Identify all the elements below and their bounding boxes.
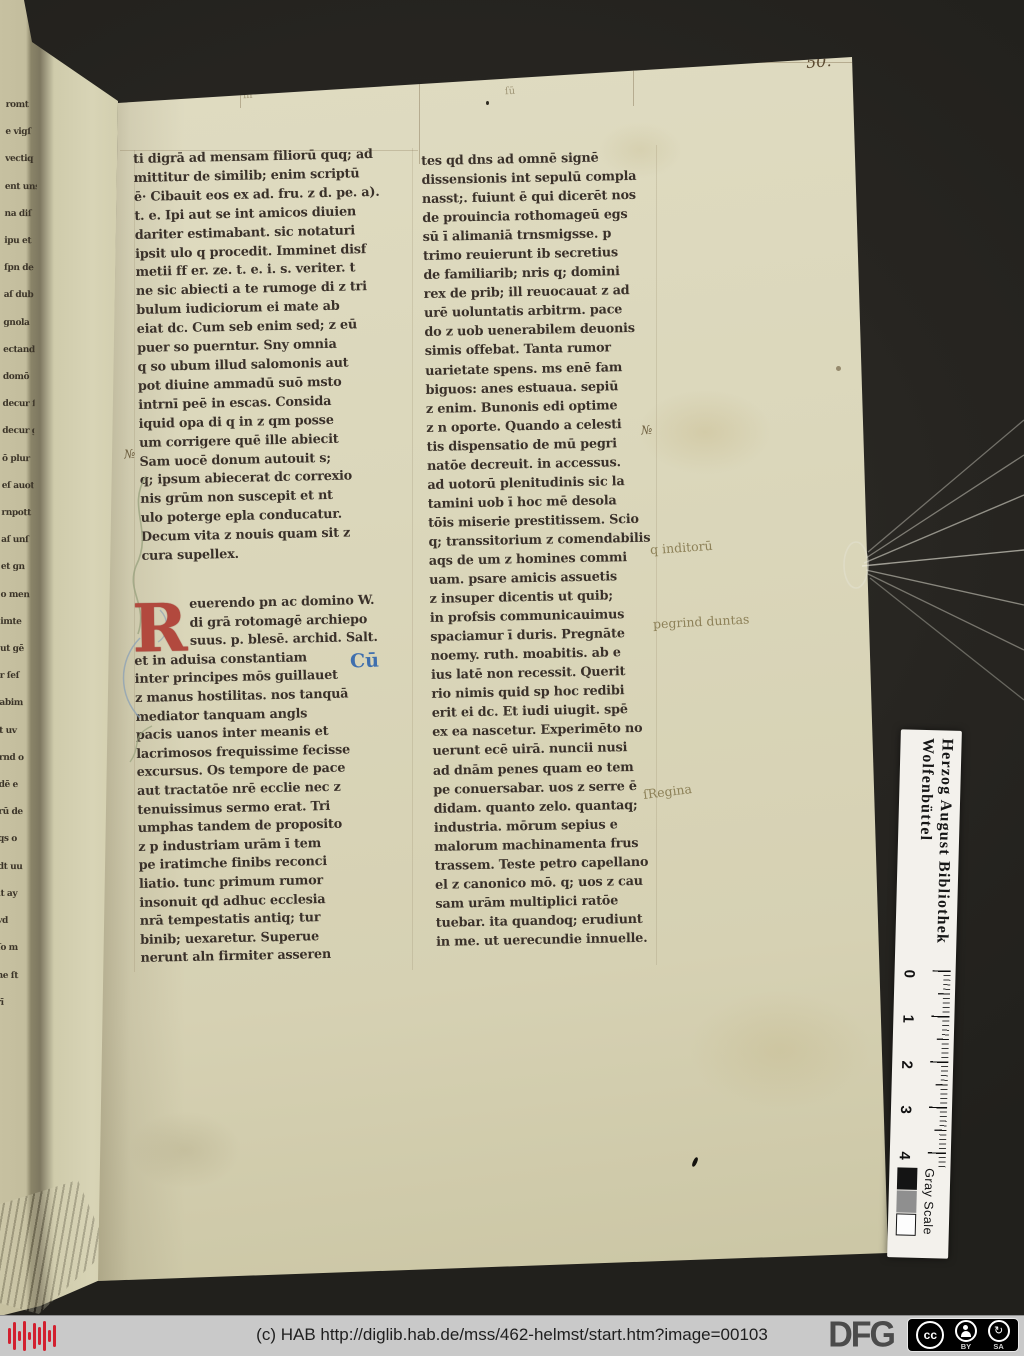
grayscale-black-patch bbox=[897, 1167, 918, 1190]
previous-page-fragment: vectiq bbox=[5, 146, 37, 174]
ink-speck bbox=[691, 1157, 699, 1168]
previous-page-fragment: ō plur bbox=[2, 445, 34, 473]
previous-page-fragment: abim bbox=[0, 690, 32, 718]
nota-mark-right: № bbox=[640, 423, 653, 438]
previous-page-fragment: r ſeſ bbox=[0, 663, 32, 691]
previous-page-fragment: qs o bbox=[0, 826, 30, 854]
faint-quire-mark: m̄ bbox=[243, 90, 253, 101]
cc-sa-block: ↻ SA bbox=[988, 1320, 1010, 1351]
previous-page-fragment: rī bbox=[0, 990, 28, 1018]
stain-spot bbox=[836, 366, 841, 371]
previous-page-fragment: rnpott bbox=[1, 500, 33, 528]
previous-page-fragment: rnd o bbox=[0, 745, 31, 773]
ruling-line bbox=[240, 52, 241, 108]
red-initial-R: R bbox=[130, 591, 189, 670]
nota-mark-left: № bbox=[123, 447, 136, 462]
manuscript-line: in me. ut uerecundie innuelle. bbox=[436, 928, 690, 952]
previous-page-fragment: ſo m bbox=[0, 935, 29, 963]
previous-page-fragment: lt ay bbox=[0, 881, 30, 909]
previous-page-fragment: domō bbox=[3, 364, 35, 392]
faint-quire-mark: ſū bbox=[505, 86, 516, 98]
ruler-number-0: 0 bbox=[900, 969, 917, 978]
cc-by-block: BY bbox=[955, 1320, 977, 1351]
previous-page-fragment: dt uu bbox=[0, 854, 30, 882]
previous-page-fragment: rū de bbox=[0, 799, 30, 827]
ruling-line bbox=[419, 46, 420, 164]
previous-page-fragment: aſ dub bbox=[4, 282, 36, 310]
previous-page-fragment: ut gē bbox=[0, 636, 32, 664]
ruler-number-2: 2 bbox=[898, 1060, 915, 1069]
previous-page-fragment: et gn bbox=[1, 554, 33, 582]
previous-page-fragment: imte bbox=[0, 609, 32, 637]
previous-page-fragment: ectand bbox=[3, 337, 35, 365]
photo-backdrop: romte vigſvectiqent unsna diſipu etſpn d… bbox=[0, 0, 1024, 1316]
previous-page-fragment: aſ unſ bbox=[1, 527, 33, 555]
scan-photo: romte vigſvectiqent unsna diſipu etſpn d… bbox=[0, 0, 1024, 1356]
grayscale-label: Gray Scale bbox=[921, 1168, 937, 1235]
margin-note: q inditorū bbox=[650, 538, 714, 557]
previous-page-fragment: t uv bbox=[0, 717, 31, 745]
footer-bar: (c) HAB http://diglib.hab.de/mss/462-hel… bbox=[0, 1315, 1024, 1356]
ruler-number-4: 4 bbox=[896, 1151, 913, 1160]
cc-by-person-icon bbox=[955, 1320, 977, 1342]
previous-page-fragment: ne ſt bbox=[0, 962, 29, 990]
previous-page-fragment: e vigſ bbox=[5, 119, 37, 147]
previous-page-fragment: na diſ bbox=[4, 201, 36, 229]
cc-sa-arrow-icon: ↻ bbox=[988, 1320, 1010, 1342]
cc-icon: cc bbox=[916, 1321, 944, 1349]
previous-page-fragment: gnola bbox=[3, 309, 35, 337]
previous-page-fragment: ent uns bbox=[5, 173, 37, 201]
previous-page-fragment: eſ auot bbox=[2, 473, 34, 501]
blue-initial-word: Cū bbox=[350, 650, 380, 673]
reference-ruler-card: Herzog August Bibliothek Wolfenbüttel 0 … bbox=[887, 729, 962, 1258]
library-name-label: Herzog August Bibliothek Wolfenbüttel bbox=[913, 738, 957, 945]
dfg-logo: DFG bbox=[828, 1315, 894, 1356]
previous-page-fragment: o men bbox=[0, 581, 32, 609]
ruling-line bbox=[633, 44, 634, 106]
cc-sa-label: SA bbox=[993, 1343, 1003, 1351]
previous-page-fragment: decur ſ bbox=[2, 391, 34, 419]
cc-by-label: BY bbox=[961, 1343, 971, 1351]
folio-number: 50. bbox=[805, 51, 832, 72]
ink-speck bbox=[486, 101, 489, 105]
previous-page-text-edge: romte vigſvectiqent unsna diſipu etſpn d… bbox=[0, 92, 38, 1017]
ruler-number-1: 1 bbox=[899, 1014, 916, 1023]
previous-page-fragment: ſpn de bbox=[4, 255, 36, 283]
ruler-number-3: 3 bbox=[897, 1105, 914, 1114]
ruler-cm-ticks bbox=[927, 970, 950, 1168]
cc-license-badge: cc BY ↻ SA bbox=[907, 1318, 1019, 1352]
previous-page-fragment: decur g bbox=[2, 418, 34, 446]
previous-page-fragment: dē e bbox=[0, 772, 31, 800]
previous-page-fragment: romt bbox=[6, 92, 38, 120]
page-holder-wires bbox=[830, 400, 1024, 730]
previous-page-fragment: ipu et bbox=[4, 228, 36, 256]
grayscale-gray-patch bbox=[896, 1190, 917, 1213]
grayscale-white-patch bbox=[896, 1213, 917, 1236]
previous-page-fragment: vd bbox=[0, 908, 29, 936]
